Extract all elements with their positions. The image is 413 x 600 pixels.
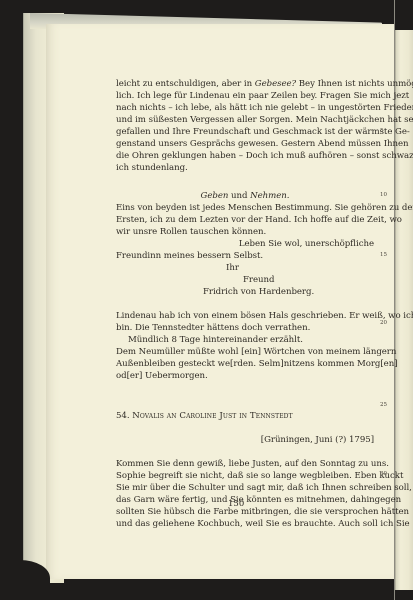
- section-heading: Geben und Nehmen.: [116, 190, 374, 202]
- text-line: Eins von beyden ist jedes Menschen Besti…: [116, 202, 374, 214]
- text-line: Kommen Sie denn gewiß, liebe Justen, auf…: [116, 458, 374, 470]
- closing-line: Freundinn meines bessern Selbst.: [116, 250, 374, 262]
- line-number: 30: [380, 471, 387, 477]
- text-line: Lindenau hab ich von einem bösen Hals ge…: [116, 310, 374, 322]
- dateline: [Grüningen, Juni (?) 1795]: [116, 434, 374, 446]
- text-line: lich. Ich lege für Lindenau ein paar Zei…: [116, 90, 374, 102]
- text-line: Sophie begreift sie nicht, daß sie so la…: [116, 470, 374, 482]
- text-line: od[er] Uebermorgen.: [116, 370, 374, 382]
- text-line: und das geliehene Kochbuch, weil Sie es …: [116, 518, 374, 530]
- text-line: die Ohren geklungen haben – Doch ich muß…: [116, 150, 374, 162]
- text-line: leicht zu entschuldigen, aber in Gebesee…: [116, 78, 374, 90]
- page-text: leicht zu entschuldigen, aber in Gebesee…: [116, 78, 374, 530]
- text-line: Dem Neumüller müßte wohl [ein] Wörtchen …: [116, 346, 374, 358]
- signature-line: Ihr: [116, 262, 374, 274]
- text-line: genstand unsers Gesprächs gewesen. Geste…: [116, 138, 374, 150]
- text-line: Sie mir über die Schulter und sagt mir, …: [116, 482, 374, 494]
- text-line: Mündlich 8 Tage hintereinander erzählt.: [116, 334, 374, 346]
- facing-page-edge: [395, 30, 413, 590]
- closing-line: Leben Sie wol, unerschöpfliche: [116, 238, 374, 250]
- text-line: und im süßesten Vergessen aller Sorgen. …: [116, 114, 374, 126]
- text-line: Ersten, ich zu dem Lezten vor der Hand. …: [116, 214, 374, 226]
- text-line: Außenbleiben gesteckt we[rden. Selm]nitz…: [116, 358, 374, 370]
- text-line: wir unsre Rollen tauschen können.: [116, 226, 374, 238]
- text-line: sollten Sie hübsch die Farbe mitbringen,…: [116, 506, 374, 518]
- text-line: das Garn wäre fertig, und Sie könnten es…: [116, 494, 374, 506]
- signature-name: Fridrich von Hardenberg.: [116, 286, 374, 298]
- line-number: 15: [380, 252, 387, 258]
- page-number: 150: [228, 499, 244, 509]
- letter-heading: 54. Novalis an Caroline Just in Tennsted…: [116, 410, 374, 422]
- line-number: 5: [380, 128, 384, 134]
- text-line: bin. Die Tennstedter hättens doch verrat…: [116, 322, 374, 334]
- text-line: ich stundenlang.: [116, 162, 374, 174]
- text-line: gefallen und Ihre Freundschaft und Gesch…: [116, 126, 374, 138]
- text-line: nach nichts – ich lebe, als hätt ich nie…: [116, 102, 374, 114]
- line-number: 25: [380, 402, 387, 408]
- line-number: 10: [380, 192, 387, 198]
- line-number: 20: [380, 320, 387, 326]
- signature-line: Freund: [116, 274, 374, 286]
